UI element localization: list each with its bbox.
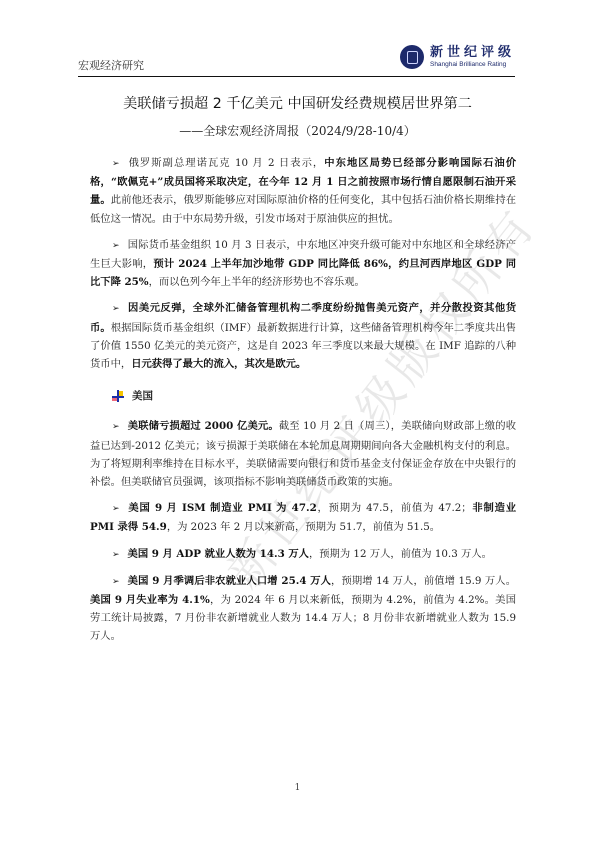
emphasized-text: 美国 9 月 ISM 制造业 PMI 为 47.2 bbox=[128, 502, 317, 514]
body-text: ，预期为 47.5，前值为 47.2； bbox=[317, 502, 472, 514]
logo-name-en: Shanghai Brilliance Rating bbox=[430, 62, 515, 69]
arrow-bullet-icon: ➢ bbox=[112, 241, 120, 251]
body-text: 此前他还表示，俄罗斯能够应对国际原油价格的任何变化，其中包括石油价格长期维持在低… bbox=[90, 194, 516, 224]
section-bullet-icon bbox=[112, 390, 124, 402]
page-number: 1 bbox=[0, 783, 595, 793]
body-text: 俄罗斯副总理诺瓦克 10 月 2 日表示， bbox=[128, 157, 325, 169]
arrow-bullet-icon: ➢ bbox=[112, 304, 120, 314]
news-item: ➢美联储亏损超过 2000 亿美元。截至 10 月 2 日（周三），美联储向财政… bbox=[90, 417, 516, 491]
logo-name-cn: 新世纪评级 bbox=[430, 46, 515, 59]
top-news-list: ➢俄罗斯副总理诺瓦克 10 月 2 日表示，中东地区局势已经部分影响国际石油价格… bbox=[90, 154, 516, 373]
emphasized-text: 美联储亏损超过 2000 亿美元。 bbox=[128, 420, 279, 432]
news-item: ➢美国 9 月季调后非农就业人口增 25.4 万人，预期增 14 万人，前值增 … bbox=[90, 572, 516, 646]
arrow-bullet-icon: ➢ bbox=[112, 422, 120, 432]
section-label: 宏观经济研究 bbox=[78, 57, 144, 73]
news-item: ➢俄罗斯副总理诺瓦克 10 月 2 日表示，中东地区局势已经部分影响国际石油价格… bbox=[90, 154, 516, 228]
arrow-bullet-icon: ➢ bbox=[112, 159, 120, 169]
section-title: 美国 bbox=[132, 387, 153, 405]
page-header: 宏观经济研究 新世纪评级 Shanghai Brilliance Rating bbox=[78, 40, 515, 77]
body-text: ，为 2023 年 2 月以来新高，预期为 51.7，前值为 51.5。 bbox=[167, 521, 440, 533]
body-text: ，预期增 14 万人，前值增 15.9 万人。 bbox=[331, 575, 516, 587]
news-item: ➢因美元反弹，全球外汇储备管理机构二季度纷纷抛售美元资产，并分散投资其他货币。根… bbox=[90, 299, 516, 373]
document-subtitle: ——全球宏观经济周报（2024/9/28-10/4） bbox=[0, 122, 595, 139]
arrow-bullet-icon: ➢ bbox=[112, 577, 120, 587]
news-item: ➢美国 9 月 ADP 就业人数为 14.3 万人，预期为 12 万人，前值为 … bbox=[90, 545, 516, 564]
body-text: ，而以色列今年上半年的经济形势也不容乐观。 bbox=[149, 276, 365, 288]
document-title: 美联储亏损超 2 千亿美元 中国研发经费规模居世界第二 bbox=[0, 93, 595, 113]
logo-emblem-icon bbox=[400, 45, 424, 69]
emphasized-text: 美国 9 月失业率为 4.1% bbox=[90, 594, 210, 606]
news-item: ➢国际货币基金组织 10 月 3 日表示，中东地区冲突升级可能对中东地区和全球经… bbox=[90, 236, 516, 292]
document-body: ➢俄罗斯副总理诺瓦克 10 月 2 日表示，中东地区局势已经部分影响国际石油价格… bbox=[90, 154, 516, 654]
section-heading-us: 美国 bbox=[112, 387, 516, 405]
body-text: ，预期为 12 万人，前值为 10.3 万人。 bbox=[309, 548, 492, 560]
emphasized-text: 美国 9 月 ADP 就业人数为 14.3 万人 bbox=[128, 548, 309, 560]
news-item: ➢美国 9 月 ISM 制造业 PMI 为 47.2，预期为 47.5，前值为 … bbox=[90, 499, 516, 536]
arrow-bullet-icon: ➢ bbox=[112, 550, 120, 560]
company-logo: 新世纪评级 Shanghai Brilliance Rating bbox=[400, 40, 515, 74]
arrow-bullet-icon: ➢ bbox=[112, 504, 120, 514]
emphasized-text: 美国 9 月季调后非农就业人口增 25.4 万人 bbox=[128, 575, 332, 587]
us-news-list: ➢美联储亏损超过 2000 亿美元。截至 10 月 2 日（周三），美联储向财政… bbox=[90, 417, 516, 645]
emphasized-text: 日元获得了最大的流入，其次是欧元。 bbox=[131, 358, 306, 370]
